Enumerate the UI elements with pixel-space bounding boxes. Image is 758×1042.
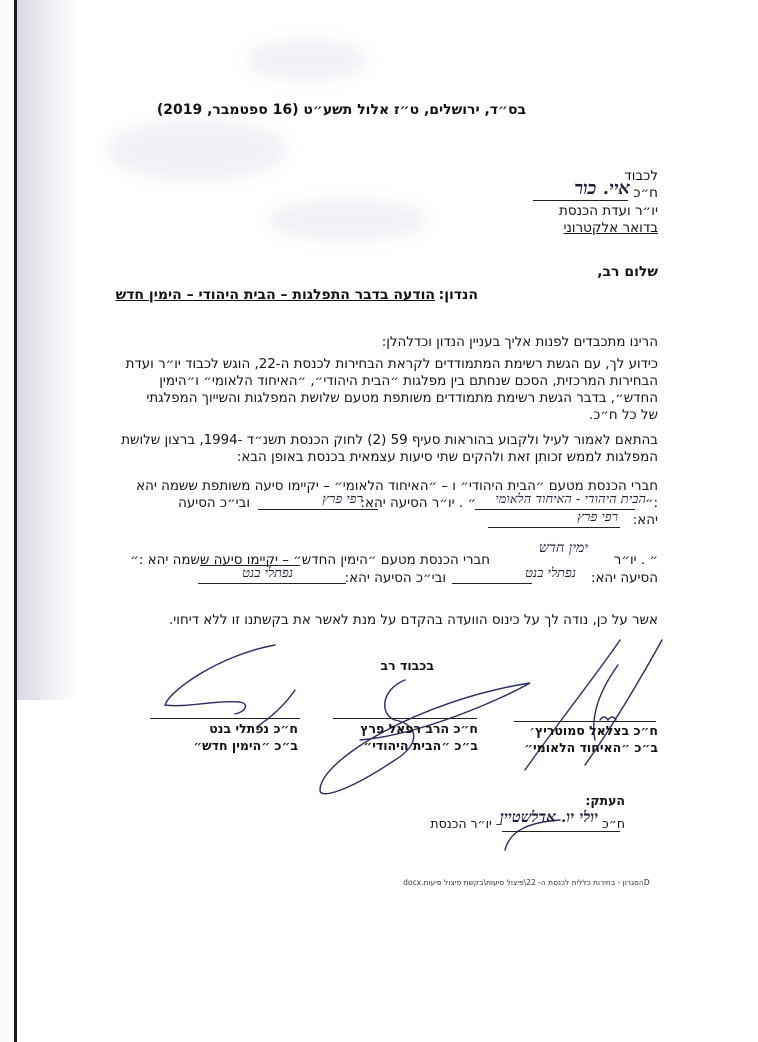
copy-underline <box>502 831 620 832</box>
signatory-name: ח״כ הרב רפאל פרץ <box>360 721 478 736</box>
footer-file-path: D ‎הסגרון - ‎בחירות כללית לכנסת ה- 22\פי… <box>403 878 652 887</box>
signatory-name: ח״כ בצלאל סמוטריץ׳ <box>529 723 658 738</box>
copy-label: העתק: <box>585 793 625 808</box>
signatory-party: ב״כ ״האיחוד הלאומי״ <box>524 740 658 755</box>
copy-name-handwritten: יולי יו. אדלשטיין <box>500 808 598 827</box>
copy-prefix: ח״כ <box>602 816 625 831</box>
signatory-party: ב״כ ״הבית היהודי״ <box>363 738 478 753</box>
signatory-name: ח״כ נפתלי בנט <box>209 721 298 736</box>
copy-suffix: – יו״ר הכנסת <box>430 816 502 831</box>
signatory-party: ב״כ ״הימין חדש״ <box>193 738 298 753</box>
